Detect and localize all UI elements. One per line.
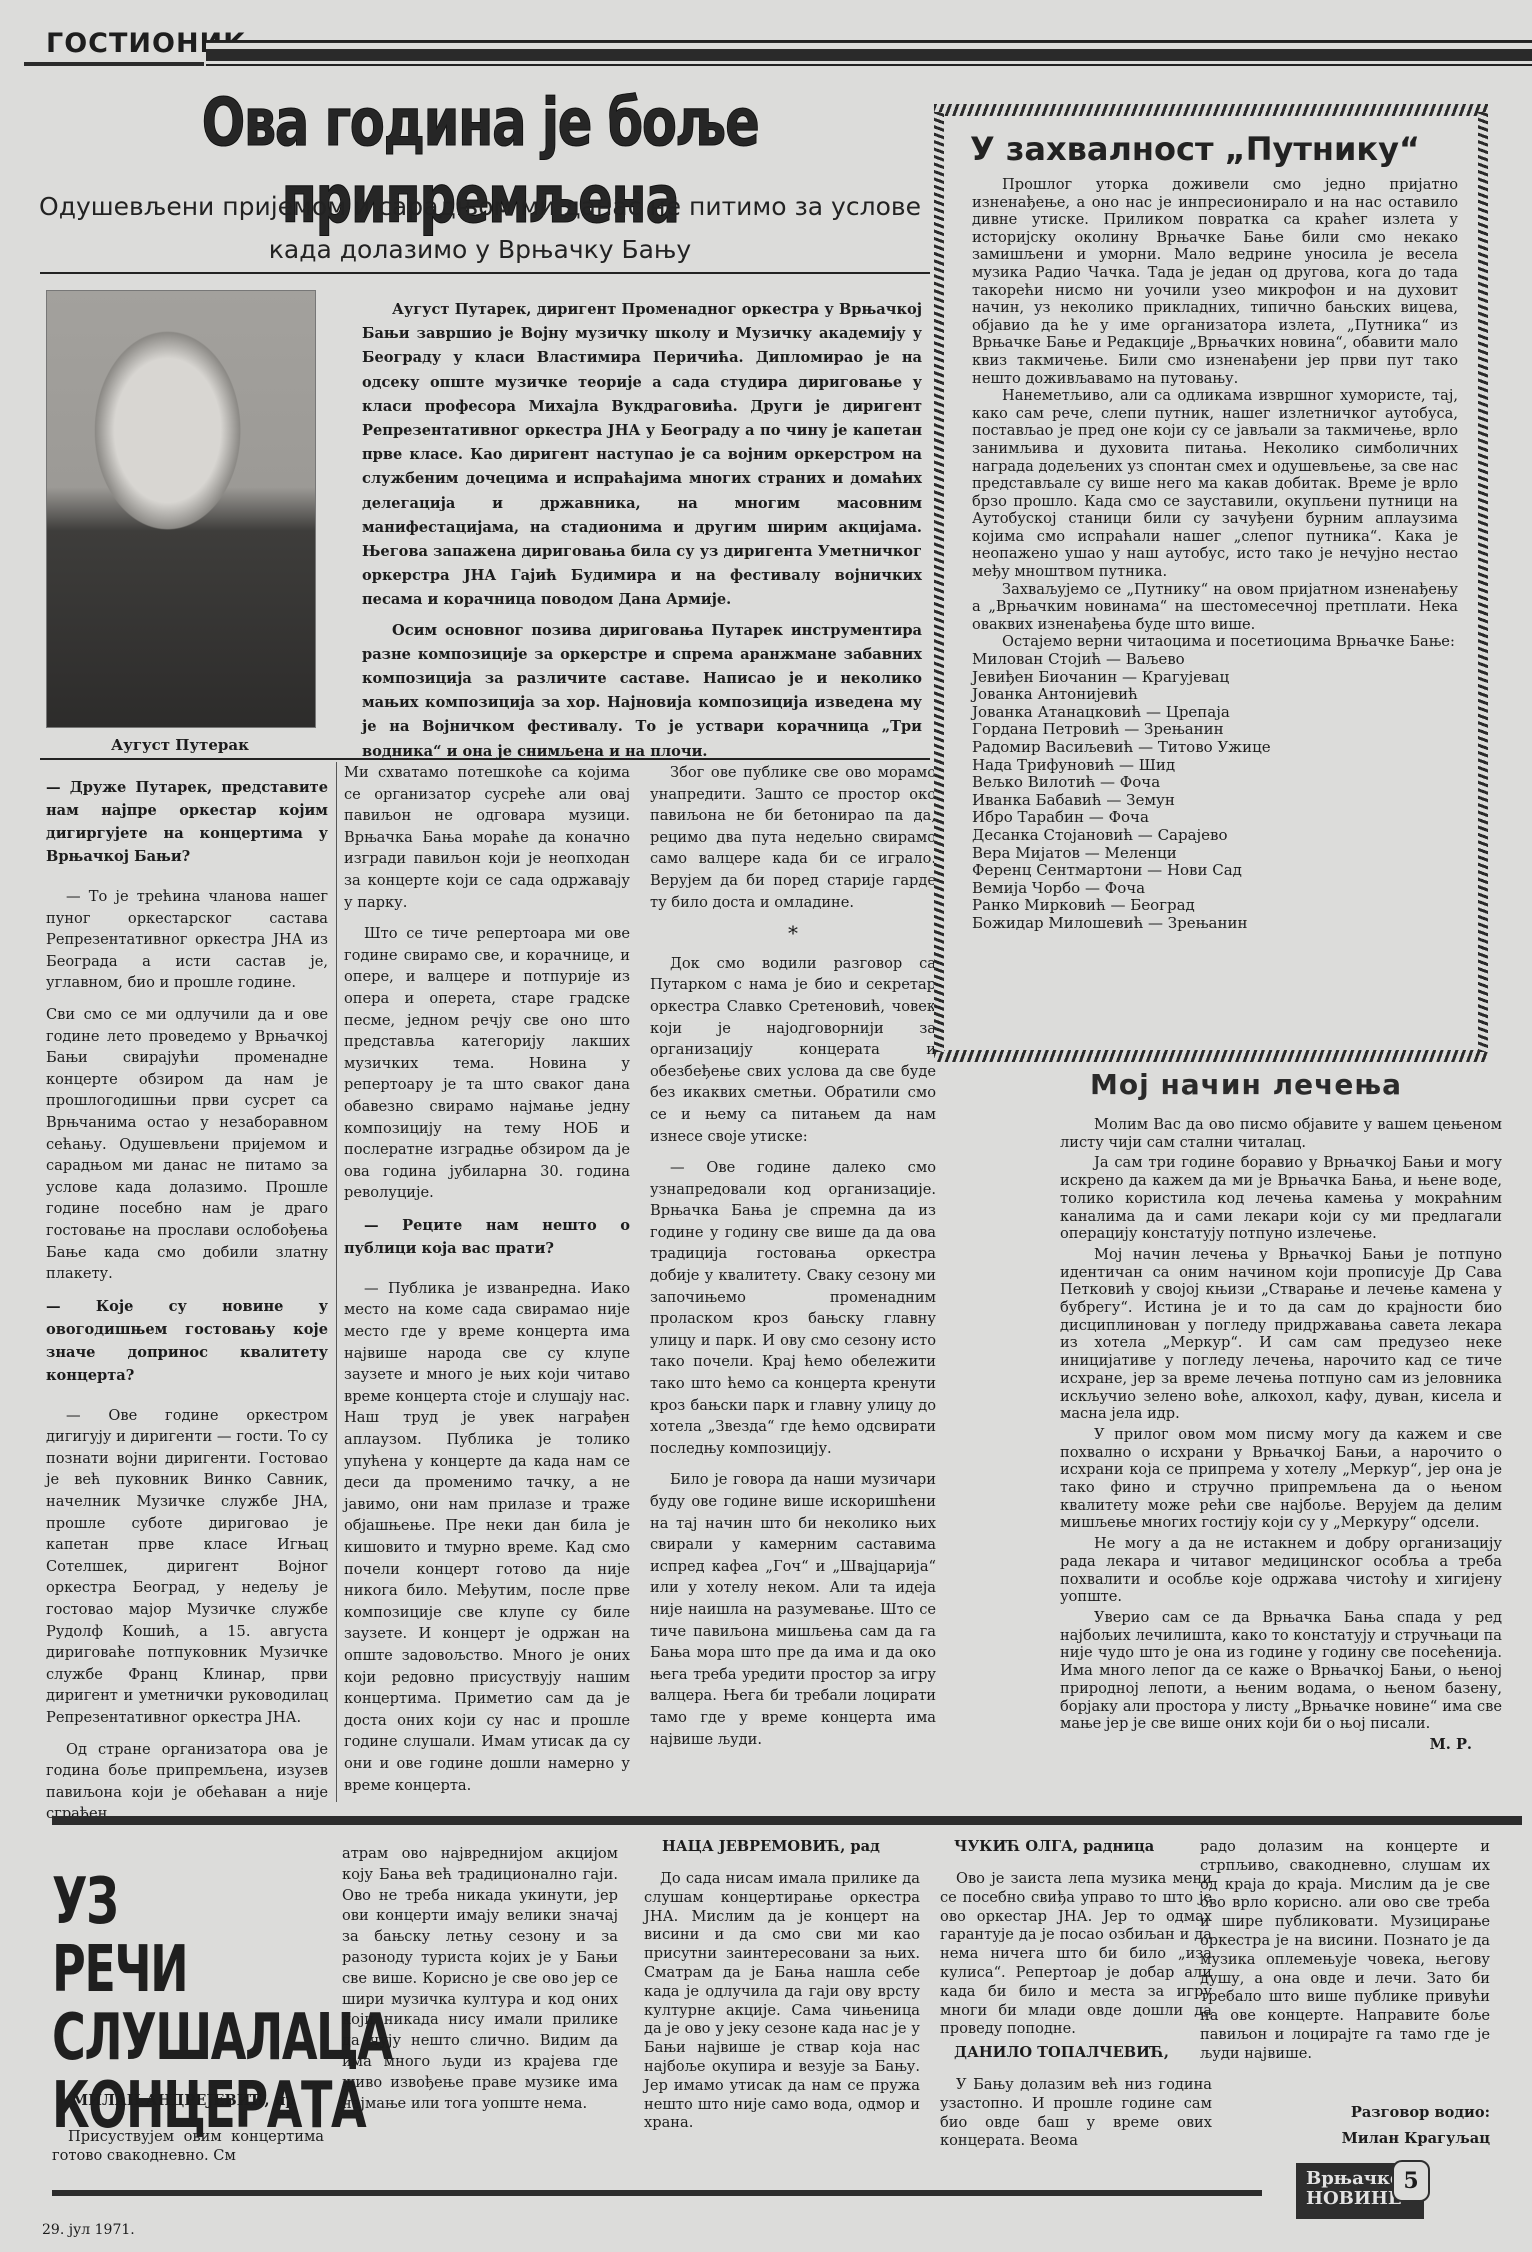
signatory: Вера Мијатов — Меленци (972, 845, 1458, 863)
thanks-paragraph: Захваљујемо се „Путнику“ на овом пријатн… (972, 581, 1458, 634)
signatory: Нада Трифуновић — Шид (972, 757, 1458, 775)
thanks-paragraph: Нанеметљиво, али са одликама извршног ху… (972, 387, 1458, 581)
bio-paragraph: Аугуст Путарек, диригент Променадног орк… (362, 298, 922, 613)
page-number: 5 (1392, 2160, 1430, 2202)
signatory: Јованка Атанацковић — Црепаја (972, 704, 1458, 722)
treatment-paragraph: Ја сам три године боравио у Врњачкој Бањ… (1060, 1154, 1502, 1243)
treatment-paragraph: У прилог овом мом писму могу да кажем и … (1060, 1426, 1502, 1532)
issue-date: 29. јул 1971. (42, 2222, 135, 2238)
signatory: Ранко Мирковић — Београд (972, 897, 1458, 915)
interview-paragraph: Због ове публике све ово морамо унапреди… (650, 762, 936, 913)
signatory: Ибро Тарабин — Фоча (972, 809, 1458, 827)
treatment-paragraph: Уверио сам се да Врњачка Бања спада у ре… (1060, 1609, 1502, 1733)
signatory: Милован Стојић — Ваљево (972, 651, 1458, 669)
thanks-paragraph: Остајемо верни читаоцима и посетиоцима В… (972, 633, 1458, 651)
statement-text: Ово је заиста лепа музика мени се посебн… (940, 1870, 1212, 2039)
signatory: Божидар Милошевић — Зрењанин (972, 915, 1458, 933)
listeners-headline-line-2: СЛУШАЛАЦА (52, 2004, 254, 2072)
statement-text: атрам ово највреднијом акцијом коју Бања… (342, 1844, 618, 2114)
signatory: Гордана Петровић — Зрењанин (972, 721, 1458, 739)
cukic-text: Ово је заиста лепа музика мени се посебн… (940, 1870, 1212, 2039)
byline-andrejevic: МИЛАН АНДРЕЈЕВИЋ, пр (72, 2092, 296, 2109)
header-band (206, 40, 1532, 66)
interview-column-2: Ми схватамо потешкоће са којима се орган… (344, 762, 630, 1806)
interview-answer: Од стране организатора ова је година бољ… (46, 1739, 328, 1825)
interview-question: — Које су новине у овогодишњем гостовању… (46, 1295, 328, 1387)
treatment-paragraph: Молим Вас да ово писмо објавите у вашем … (1060, 1116, 1502, 1151)
rope-border-right (1478, 112, 1488, 1052)
subheadline-line-2: када долазимо у Врњачку Бању (30, 228, 930, 271)
jevremovic-text: До сада нисам имала прилике да слушам ко… (644, 1870, 920, 2133)
signatory: Десанка Стојановић — Сарајево (972, 827, 1458, 845)
subheadline: Одушевљени пријемом и сарадњом ми данас … (30, 185, 930, 271)
rope-border-left (934, 112, 944, 1052)
asterisk-separator-icon: * (650, 923, 936, 945)
bio-paragraph: Осим основног позива дириговања Путарек … (362, 619, 922, 764)
interview-paragraph: Било је говора да наши музичари буду ове… (650, 1469, 936, 1750)
interview-column-1: — Друже Путарек, представите нам најпре … (46, 770, 328, 1835)
interview-answer: — Публика је изванредна. Иако место на к… (344, 1278, 630, 1796)
rope-border-bottom (934, 1050, 1488, 1062)
andrejevic-text-a: Присуствујем овим концертима готово свак… (52, 2128, 324, 2166)
bottom-section-bar (52, 1816, 1522, 1825)
listeners-headline-line-1: УЗ РЕЧИ (52, 1868, 254, 2004)
interview-answer: Сви смо се ми одлучили да и ове године л… (46, 1004, 328, 1285)
treatment-paragraph: Мој начин лечења у Врњачкој Бањи је потп… (1060, 1246, 1502, 1423)
header-rule-left (24, 62, 204, 66)
interview-question: — Реците нам нешто о публици која вас пр… (344, 1214, 630, 1260)
byline-topalcevic: ДАНИЛО ТОПАЛЧЕВИЋ, (954, 2044, 1169, 2061)
rope-border-top (934, 104, 1488, 116)
thanks-box-text: Прошлог уторка доживели смо једно пријат… (972, 176, 1458, 933)
signatory: Јевиђен Биочанин — Крагујевац (972, 669, 1458, 687)
signatory: Ференц Сентмартони — Нови Сад (972, 862, 1458, 880)
column-divider (336, 762, 337, 1802)
signatory: Радомир Васиљевић — Титово Ужице (972, 739, 1458, 757)
interview-answer: — Ове године оркестром дигигују и дириге… (46, 1405, 328, 1729)
footer-rule (52, 2190, 1262, 2196)
statement-text: У Бању долазим већ низ година узастопно.… (940, 2076, 1212, 2151)
statement-text: радо долазим на концерте и стрпљиво, сва… (1200, 1838, 1490, 2064)
photo-caption: Аугуст Путерак (40, 736, 320, 754)
interview-paragraph: Док смо водили разговор са Путарком с на… (650, 953, 936, 1147)
treatment-signature: М. Р. (1060, 1736, 1502, 1754)
interview-paragraph: Ми схватамо потешкоће са којима се орган… (344, 762, 630, 913)
statement-text: До сада нисам имала прилике да слушам ко… (644, 1870, 920, 2133)
signatory: Вељко Вилотић — Фоча (972, 774, 1458, 792)
signatory: Иванка Бабавић — Земун (972, 792, 1458, 810)
thanks-box-title: У захвалност „Путнику“ (970, 130, 1490, 168)
interview-answer: — То је трећина чланова нашег пуног орке… (46, 886, 328, 994)
signatory: Јованка Антонијевић (972, 686, 1458, 704)
thanks-paragraph: Прошлог уторка доживели смо једно пријат… (972, 176, 1458, 387)
byline-jevremovic: НАЦА ЈЕВРЕМОВИЋ, рад (662, 1838, 880, 1855)
credit-label: Разговор водио: (1330, 2104, 1490, 2121)
interview-paragraph: Што се тиче репертоара ми ове године сви… (344, 923, 630, 1204)
statement-text: Присуствујем овим концертима готово свак… (52, 2128, 324, 2166)
bio-text: Аугуст Путарек, диригент Променадног орк… (362, 298, 922, 770)
credit-name: Милан Крагуљац (1300, 2130, 1490, 2147)
byline-cukic: ЧУКИЋ ОЛГА, радница (954, 1838, 1154, 1855)
portrait-photo-icon (46, 290, 316, 728)
topalcevic-text-b: радо долазим на концерте и стрпљиво, сва… (1200, 1838, 1490, 2064)
interview-question: — Друже Путарек, представите нам најпре … (46, 776, 328, 868)
topalcevic-text-a: У Бању долазим већ низ година узастопно.… (940, 2076, 1212, 2151)
interview-column-3: Због ове публике све ово морамо унапреди… (650, 762, 936, 1760)
andrejevic-text-b: атрам ово највреднијом акцијом коју Бања… (342, 1844, 618, 2114)
signatory: Вемија Чорбо — Фоча (972, 880, 1458, 898)
headline-divider (40, 272, 930, 274)
treatment-title: Мој начин лечења (1090, 1068, 1402, 1101)
signatories-list: Милован Стојић — Ваљево Јевиђен Биочанин… (972, 651, 1458, 933)
subheadline-line-1: Одушевљени пријемом и сарадњом ми данас … (30, 185, 930, 228)
treatment-text: Молим Вас да ово писмо објавите у вашем … (1060, 1116, 1502, 1754)
interview-paragraph: — Ове године далеко смо узнапредовали ко… (650, 1157, 936, 1459)
treatment-paragraph: Не могу а да не истакнем и добру организ… (1060, 1535, 1502, 1606)
